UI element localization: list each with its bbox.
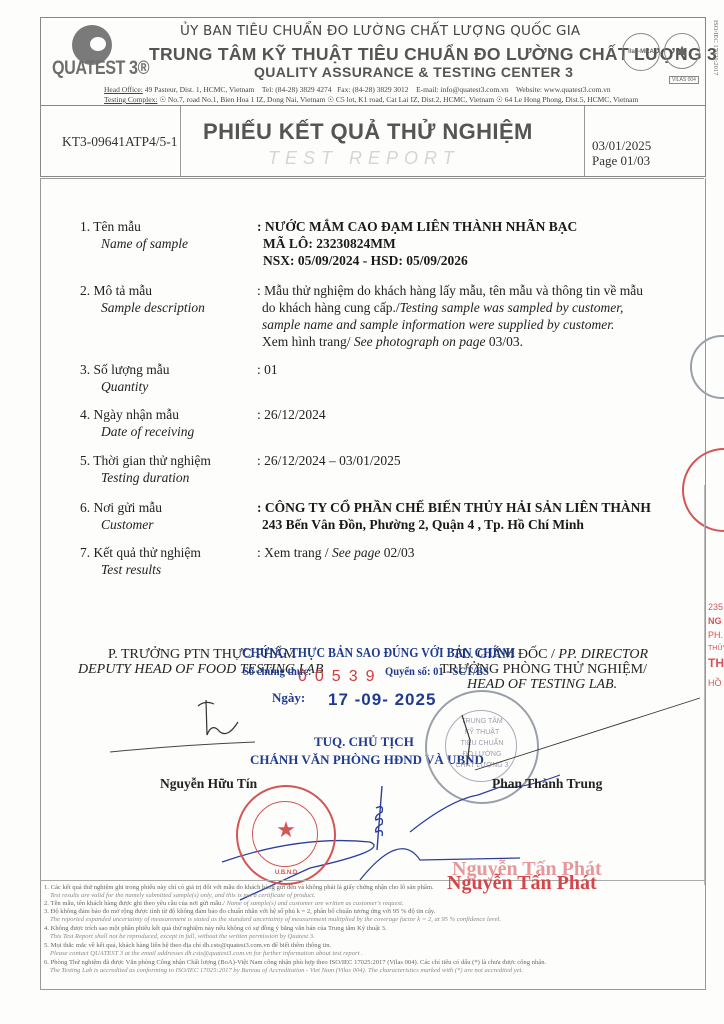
note-6-en: The Testing Lab is accredited as conform…	[50, 967, 523, 974]
right-signer-name: Phan Thành Trung	[492, 776, 602, 792]
note-5-en: Please contact QUATEST 3 at the email ad…	[50, 950, 363, 957]
note-2: 2. Tên mẫu, tên khách hàng được ghi theo…	[44, 900, 404, 907]
star-icon: ★	[238, 817, 334, 843]
certifier-name: Nguyễn Tấn Phát	[447, 872, 597, 895]
signature-strokes	[0, 0, 724, 1024]
note-6: 6. Phòng Thử nghiệm đã được Văn phòng Cô…	[44, 959, 546, 966]
note-4: 4. Không được trích sao một phần phiếu k…	[44, 925, 387, 932]
note-3-en: The reported expanded uncertainty of mea…	[50, 916, 501, 923]
note-5: 5. Mọi thắc mắc về kết quả, khách hàng l…	[44, 942, 331, 949]
commune-red-stamp: ★ U.B.N.D	[236, 785, 336, 885]
left-signer-name: Nguyễn Hữu Tín	[160, 776, 257, 792]
note-1: 1. Các kết quả thử nghiệm ghi trong phiế…	[44, 884, 434, 891]
note-4-en: This Test Report shall not be reproduced…	[50, 933, 315, 940]
note-1-en: Test results are valid for the namely su…	[50, 892, 316, 899]
note-3: 3. Độ không đảm bảo đo mở rộng được tính…	[44, 908, 435, 915]
